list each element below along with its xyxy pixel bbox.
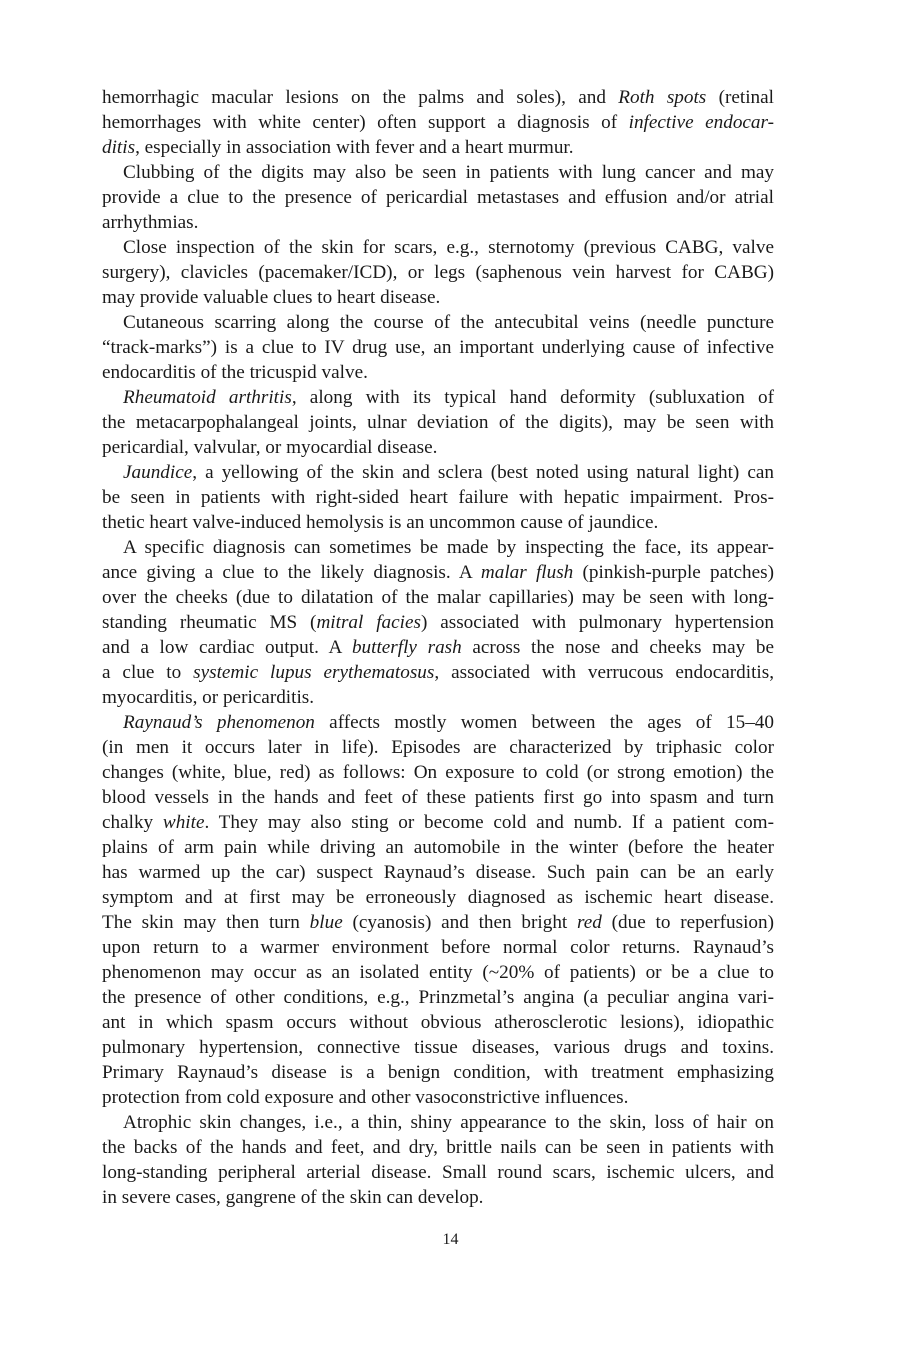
text-line: Clubbing of the digits may also be seen … bbox=[102, 160, 774, 185]
text-line: myocarditis, or pericarditis. bbox=[102, 685, 774, 710]
text-line: Rheumatoid arthritis, along with its typ… bbox=[102, 385, 774, 410]
text-line: and a low cardiac output. A butterfly ra… bbox=[102, 635, 774, 660]
text-line: the presence of other conditions, e.g., … bbox=[102, 985, 774, 1010]
text-line: over the cheeks (due to dilatation of th… bbox=[102, 585, 774, 610]
text-line: ditis, especially in association with fe… bbox=[102, 135, 774, 160]
text-line: phenomenon may occur as an isolated enti… bbox=[102, 960, 774, 985]
text-line: standing rheumatic MS (mitral facies) as… bbox=[102, 610, 774, 635]
text-line: be seen in patients with right-sided hea… bbox=[102, 485, 774, 510]
text-line: arrhythmias. bbox=[102, 210, 774, 235]
text-line: pulmonary hypertension, connective tissu… bbox=[102, 1035, 774, 1060]
text-line: blood vessels in the hands and feet of t… bbox=[102, 785, 774, 810]
text-line: the backs of the hands and feet, and dry… bbox=[102, 1135, 774, 1160]
paragraph: hemorrhagic macular lesions on the palms… bbox=[102, 85, 774, 160]
text-line: chalky white. They may also sting or bec… bbox=[102, 810, 774, 835]
text-line: in severe cases, gangrene of the skin ca… bbox=[102, 1185, 774, 1210]
text-line: thetic heart valve-induced hemolysis is … bbox=[102, 510, 774, 535]
paragraph: Rheumatoid arthritis, along with its typ… bbox=[102, 385, 774, 460]
text-line: ance giving a clue to the likely diagnos… bbox=[102, 560, 774, 585]
text-line: Raynaud’s phenomenon affects mostly wome… bbox=[102, 710, 774, 735]
paragraph: Raynaud’s phenomenon affects mostly wome… bbox=[102, 710, 774, 1110]
text-line: symptom and at first may be erroneously … bbox=[102, 885, 774, 910]
text-line: pericardial, valvular, or myocardial dis… bbox=[102, 435, 774, 460]
text-line: hemorrhagic macular lesions on the palms… bbox=[102, 85, 774, 110]
text-line: upon return to a warmer environment befo… bbox=[102, 935, 774, 960]
text-line: may provide valuable clues to heart dise… bbox=[102, 285, 774, 310]
document-body: hemorrhagic macular lesions on the palms… bbox=[102, 85, 774, 1210]
text-line: the metacarpophalangeal joints, ulnar de… bbox=[102, 410, 774, 435]
paragraph: Cutaneous scarring along the course of t… bbox=[102, 310, 774, 385]
paragraph: Close inspection of the skin for scars, … bbox=[102, 235, 774, 310]
text-line: Primary Raynaud’s disease is a benign co… bbox=[102, 1060, 774, 1085]
text-line: Cutaneous scarring along the course of t… bbox=[102, 310, 774, 335]
text-line: has warmed up the car) suspect Raynaud’s… bbox=[102, 860, 774, 885]
text-line: “track-marks”) is a clue to IV drug use,… bbox=[102, 335, 774, 360]
text-line: plains of arm pain while driving an auto… bbox=[102, 835, 774, 860]
text-line: surgery), clavicles (pacemaker/ICD), or … bbox=[102, 260, 774, 285]
text-line: (in men it occurs later in life). Episod… bbox=[102, 735, 774, 760]
text-line: protection from cold exposure and other … bbox=[102, 1085, 774, 1110]
text-line: endocarditis of the tricuspid valve. bbox=[102, 360, 774, 385]
paragraph: Clubbing of the digits may also be seen … bbox=[102, 160, 774, 235]
text-line: provide a clue to the presence of perica… bbox=[102, 185, 774, 210]
text-line: a clue to systemic lupus erythematosus, … bbox=[102, 660, 774, 685]
paragraph: A specific diagnosis can sometimes be ma… bbox=[102, 535, 774, 710]
text-line: hemorrhages with white center) often sup… bbox=[102, 110, 774, 135]
text-line: A specific diagnosis can sometimes be ma… bbox=[102, 535, 774, 560]
text-line: long-standing peripheral arterial diseas… bbox=[102, 1160, 774, 1185]
text-line: Close inspection of the skin for scars, … bbox=[102, 235, 774, 260]
text-line: ant in which spasm occurs without obviou… bbox=[102, 1010, 774, 1035]
page-number: 14 bbox=[0, 1231, 901, 1249]
text-line: Jaundice, a yellowing of the skin and sc… bbox=[102, 460, 774, 485]
text-line: The skin may then turn blue (cyanosis) a… bbox=[102, 910, 774, 935]
text-line: changes (white, blue, red) as follows: O… bbox=[102, 760, 774, 785]
paragraph: Jaundice, a yellowing of the skin and sc… bbox=[102, 460, 774, 535]
text-line: Atrophic skin changes, i.e., a thin, shi… bbox=[102, 1110, 774, 1135]
paragraph: Atrophic skin changes, i.e., a thin, shi… bbox=[102, 1110, 774, 1210]
